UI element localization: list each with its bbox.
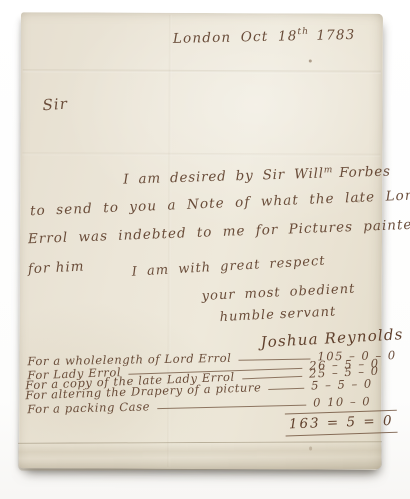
closing-line-1: I am with great respect	[131, 254, 325, 280]
body-line-1-post: Forbes	[339, 163, 391, 181]
letter-paper: London Oct 18th1783 Sir I am desired by …	[19, 12, 383, 470]
body-line-1: I am desired by Sir WillmForbes	[123, 163, 391, 187]
leader-line	[268, 388, 304, 390]
dateline: London Oct 18th1783	[173, 26, 356, 47]
account-total: 163 = 5 = 0	[285, 410, 398, 437]
signature: Joshua Reynolds	[260, 325, 404, 351]
body-line-4: for him	[27, 259, 84, 278]
ink-speck	[309, 59, 312, 62]
fold-crease-middle	[22, 152, 380, 157]
dateline-year: 1783	[316, 27, 356, 44]
salutation: Sir	[42, 95, 68, 115]
dateline-prefix: London Oct 18	[173, 28, 298, 47]
bottom-fold	[18, 441, 382, 471]
photo-background: London Oct 18th1783 Sir I am desired by …	[0, 0, 410, 499]
account-amount: 5 – 5 – 0	[311, 376, 385, 393]
body-line-1-pre: I am desired by Sir Will	[123, 166, 324, 188]
leader-line	[157, 405, 306, 410]
closing-line-3: humble servant	[219, 304, 336, 325]
closing-line-2: your most obedient	[201, 282, 355, 304]
body-line-3: Errol was indebted to me for Pictures pa…	[28, 216, 410, 247]
body-line-1-superscript: m	[324, 165, 334, 175]
account-amount: 0 10 – 0	[313, 394, 387, 410]
account-label: For a packing Case	[27, 399, 150, 416]
fold-crease-top	[23, 69, 381, 74]
dateline-superscript: th	[297, 27, 309, 37]
body-line-2: to send to you a Note of what the late L…	[30, 187, 410, 219]
